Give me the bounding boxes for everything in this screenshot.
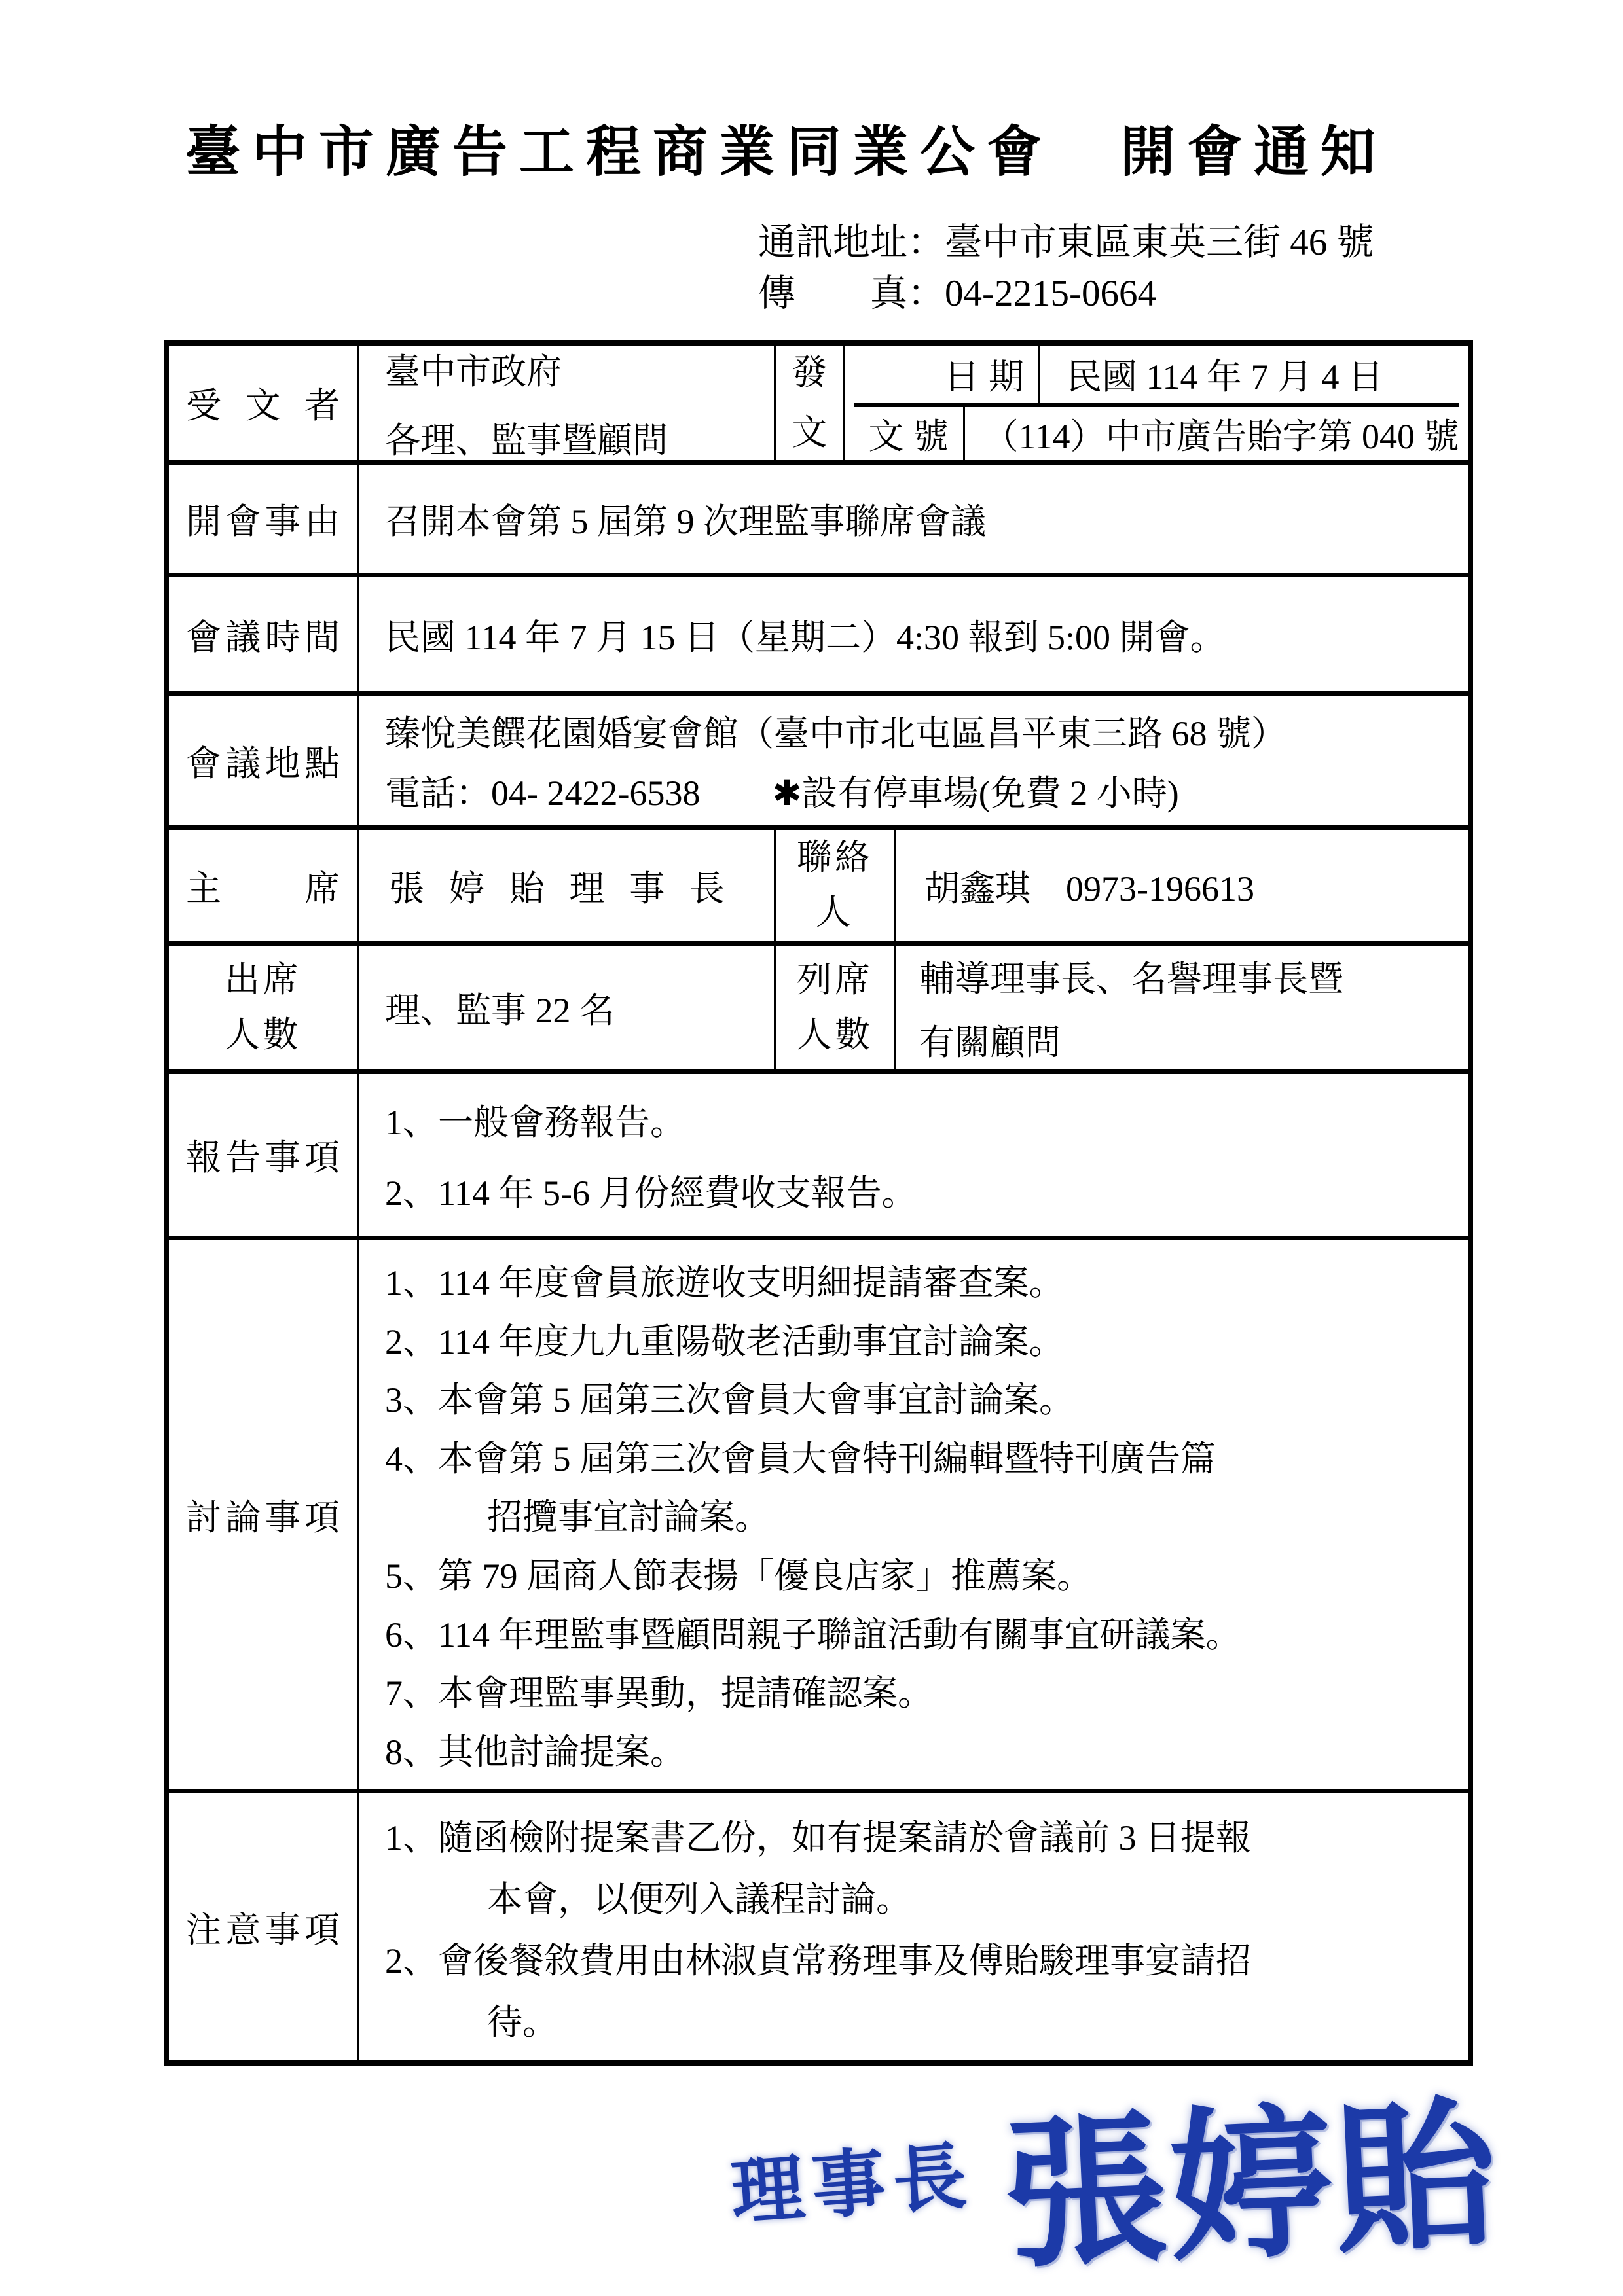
venue-line1: 臻悅美饌花園婚宴會館（臺中市北屯區昌平東三路 68 號） (385, 706, 1455, 756)
venue-parking-note: ✱設有停車場(免費 2 小時) (772, 765, 1178, 816)
dispatch-number-value: （114）中市廣告貽字第 040 號 (963, 407, 1459, 460)
venue-label-cell: 會議地點 (169, 696, 357, 825)
notes-list: 1、隨函檢附提案書乙份，如有提案請於會議前 3 日提報 本會，以便列入議程討論。… (357, 1793, 1468, 2060)
row-venue: 會議地點 臻悅美饌花園婚宴會館（臺中市北屯區昌平東三路 68 號） 電話：04-… (169, 691, 1468, 825)
dispatch-date-label-cell: 日期 (930, 346, 1038, 403)
row-subject: 開會事由 召開本會第 5 屆第 9 次理監事聯席會議 (169, 460, 1468, 573)
observer-label-cell: 列席人數 (774, 946, 894, 1069)
chair-value: 張婷貽理事長 (357, 830, 774, 941)
subject-label: 開會事由 (169, 493, 357, 544)
recipient-value-cell: 臺中市政府 各理、監事暨顧問 (357, 346, 774, 460)
document-page: 臺中市廣告工程商業同業公會 開會通知 通訊地址：臺中市東區東英三街 46 號 傳… (0, 0, 1623, 2296)
dispatch-number-label: 文號 (854, 408, 963, 459)
discussion-item: 6、114 年理監事暨顧問親子聯誼活動有關事宜研議案。 (359, 1607, 1459, 1657)
observer-label: 列席人數 (796, 953, 874, 1062)
discussion-item: 8、其他討論提案。 (359, 1724, 1459, 1774)
mailing-address: 通訊地址：臺中市東區東英三街 46 號 (758, 217, 1374, 268)
discussion-item: 4、本會第 5 屆第三次會員大會特刊編輯暨特刊廣告篇 (359, 1431, 1459, 1481)
observer-line1: 輔導理事長、名譽理事長暨 (919, 951, 1343, 1001)
dispatch-date-label: 日期 (930, 349, 1038, 399)
discussion-label-cell: 討論事項 (169, 1240, 357, 1789)
attendance-value: 理、監事 22 名 (357, 946, 774, 1069)
subject-label-cell: 開會事由 (169, 465, 357, 573)
reports-list: 1、一般會務報告。 2、114 年 5-6 月份經費收支報告。 (357, 1074, 1468, 1236)
dispatch-number-label-cell: 文號 (854, 407, 963, 460)
dispatch-stack: 日期 民國 114 年 7 月 4 日 文號 （114）中市廣告貽字第 040 … (843, 346, 1468, 460)
row-time: 會議時間 民國 114 年 7 月 15 日（星期二）4:30 報到 5:00 … (169, 573, 1468, 691)
time-value: 民國 114 年 7 月 15 日（星期二）4:30 報到 5:00 開會。 (357, 577, 1468, 691)
subject-value: 召開本會第 5 屆第 9 次理監事聯席會議 (357, 465, 1468, 573)
recipient-line2: 各理、監事暨顧問 (385, 412, 668, 461)
attendance-label: 出席人數 (224, 953, 302, 1062)
discussion-item: 1、114 年度會員旅遊收支明細提請審查案。 (359, 1255, 1459, 1305)
note-item: 1、隨函檢附提案書乙份，如有提案請於會議前 3 日提報 (359, 1810, 1459, 1860)
discussion-list: 1、114 年度會員旅遊收支明細提請審查案。 2、114 年度九九重陽敬老活動事… (357, 1240, 1468, 1789)
report-item: 2、114 年 5-6 月份經費收支報告。 (359, 1165, 1459, 1215)
recipient-line1: 臺中市政府 (385, 346, 562, 394)
notes-label: 注意事項 (169, 1902, 357, 1952)
row-notes: 注意事項 1、隨函檢附提案書乙份，如有提案請於會議前 3 日提報 本會，以便列入… (169, 1789, 1468, 2060)
discussion-item: 2、114 年度九九重陽敬老活動事宜討論案。 (359, 1314, 1459, 1364)
discussion-label: 討論事項 (169, 1490, 357, 1540)
chairman-signature-stamp: 理事長 張婷貽 (730, 2055, 1499, 2288)
dispatch-label-cell: 發文 (774, 346, 843, 460)
recipient-label-cell: 受文者 (169, 346, 357, 460)
dispatch-label: 發文 (789, 346, 830, 460)
note-item-continuation: 本會，以便列入議程討論。 (359, 1871, 1459, 1922)
signature-name: 張婷貽 (999, 2045, 1504, 2296)
meeting-notice-table: 受文者 臺中市政府 各理、監事暨顧問 發文 日期 民國 114 年 7 月 4 … (164, 340, 1473, 2066)
row-attendance: 出席人數 理、監事 22 名 列席人數 輔導理事長、名譽理事長暨 有關顧問 (169, 941, 1468, 1069)
attendance-label-cell: 出席人數 (169, 946, 357, 1069)
row-discussion: 討論事項 1、114 年度會員旅遊收支明細提請審查案。 2、114 年度九九重陽… (169, 1236, 1468, 1789)
row-chair: 主席 張婷貽理事長 聯絡人 胡鑫琪 0973-196613 (169, 825, 1468, 941)
chair-label-cell: 主席 (169, 830, 357, 941)
dispatch-date-value: 民國 114 年 7 月 4 日 (1038, 346, 1383, 403)
note-item: 2、會後餐敘費用由林淑貞常務理事及傅貽駿理事宴請招 (359, 1933, 1459, 1983)
signature-title: 理事長 (727, 2117, 977, 2240)
dispatch-date-row: 日期 民國 114 年 7 月 4 日 (930, 346, 1383, 403)
time-label: 會議時間 (169, 609, 357, 660)
notes-label-cell: 注意事項 (169, 1793, 357, 2060)
document-title: 臺中市廣告工程商業同業公會 開會通知 (185, 108, 1387, 187)
row-recipient: 受文者 臺中市政府 各理、監事暨顧問 發文 日期 民國 114 年 7 月 4 … (169, 346, 1468, 460)
discussion-item: 5、第 79 屆商人節表揚「優良店家」推薦案。 (359, 1548, 1459, 1598)
venue-line2: 電話：04- 2422-6538 ✱設有停車場(免費 2 小時) (385, 765, 1455, 816)
contact-value: 胡鑫琪 0973-196613 (894, 830, 1468, 941)
row-reports: 報告事項 1、一般會務報告。 2、114 年 5-6 月份經費收支報告。 (169, 1069, 1468, 1236)
reports-label-cell: 報告事項 (169, 1074, 357, 1236)
time-label-cell: 會議時間 (169, 577, 357, 691)
reports-label: 報告事項 (169, 1130, 357, 1180)
venue-value-cell: 臻悅美饌花園婚宴會館（臺中市北屯區昌平東三路 68 號） 電話：04- 2422… (357, 696, 1468, 825)
recipient-label: 受文者 (169, 378, 357, 428)
observer-line2: 有關顧問 (919, 1014, 1061, 1065)
contact-label: 聯絡人 (796, 831, 874, 940)
discussion-item: 7、本會理監事異動，提請確認案。 (359, 1665, 1459, 1715)
discussion-item: 3、本會第 5 屆第三次會員大會事宜討論案。 (359, 1372, 1459, 1422)
contact-label-cell: 聯絡人 (774, 830, 894, 941)
note-item-continuation: 待。 (359, 1994, 1459, 2045)
fax-number: 傳 真：04-2215-0664 (758, 268, 1374, 319)
dispatch-number-row: 文號 （114）中市廣告貽字第 040 號 (854, 403, 1459, 460)
report-item: 1、一般會務報告。 (359, 1094, 1459, 1145)
venue-label: 會議地點 (169, 736, 357, 786)
venue-phone: 電話：04- 2422-6538 (385, 765, 700, 816)
header-contact-block: 通訊地址：臺中市東區東英三街 46 號 傳 真：04-2215-0664 (758, 217, 1374, 319)
observer-value-cell: 輔導理事長、名譽理事長暨 有關顧問 (894, 946, 1468, 1069)
discussion-item-continuation: 招攬事宜討論案。 (359, 1489, 1459, 1539)
chair-label: 主席 (169, 861, 357, 911)
